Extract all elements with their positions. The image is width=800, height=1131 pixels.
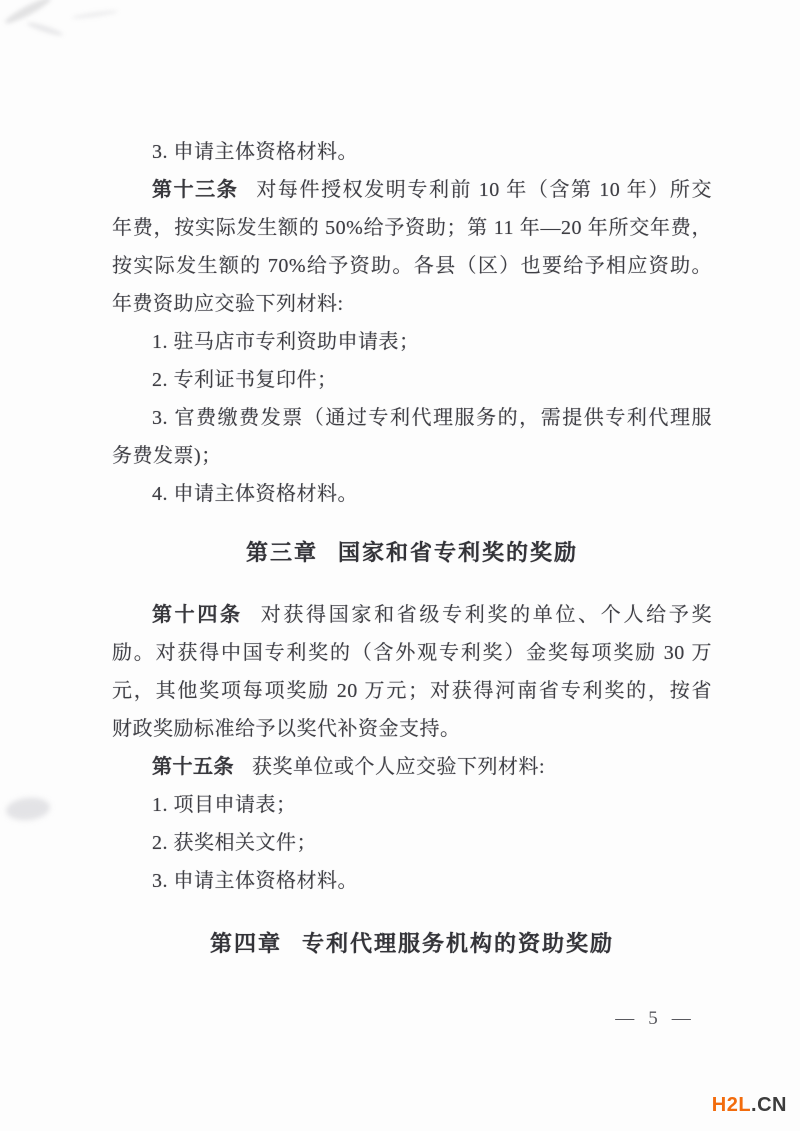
document-page: 3. 申请主体资格材料。 第十三条对每件授权发明专利前 10 年（含第 10 年… [0,0,800,1131]
line-text: 务费发票)； [112,445,222,467]
chapter-title: 专利代理服务机构的资助奖励 [302,931,614,956]
page-number-dash: — [615,1008,634,1030]
paragraph-line: 按实际发生额的 70%给予资助。各县（区）也要给予相应资助。 [112,253,712,279]
list-item: 1. 驻马店市专利资助申请表； [152,329,712,355]
line-text: 2. 专利证书复印件； [152,369,338,391]
chapter-heading: 第三章国家和省专利奖的奖励 [112,536,712,567]
list-item: 2. 专利证书复印件； [152,367,712,393]
watermark-suffix: .CN [751,1094,787,1116]
line-text: 1. 项目申请表； [152,794,297,816]
line-text: 励。对获得中国专利奖的（含外观专利奖）金奖每项奖励 30 万 [112,642,712,664]
line-text: 对每件授权发明专利前 10 年（含第 10 年）所交 [256,179,712,201]
paragraph-line: 励。对获得中国专利奖的（含外观专利奖）金奖每项奖励 30 万 [112,640,712,666]
line-text: 年费，按实际发生额的 50%给予资助；第 11 年—20 年所交年费， [112,217,712,239]
line-text: 对获得国家和省级专利奖的单位、个人给予奖 [261,604,712,626]
paragraph-line: 财政奖励标准给予以奖代补资金支持。 [112,716,712,742]
scan-smudge [3,0,53,27]
paragraph-line: 第十四条对获得国家和省级专利奖的单位、个人给予奖 [152,602,712,628]
chapter-label: 第三章 [246,540,318,565]
scan-smudge [5,796,51,822]
paragraph-line: 第十三条对每件授权发明专利前 10 年（含第 10 年）所交 [152,177,712,203]
line-text: 获奖单位或个人应交验下列材料: [252,756,545,778]
watermark-brand: H2L [712,1094,751,1116]
list-item: 4. 申请主体资格材料。 [152,481,712,507]
page-number: — 5 — [588,1008,718,1030]
list-item: 3. 申请主体资格材料。 [152,139,712,165]
page-number-dash: — [672,1008,691,1030]
list-item-continuation: 务费发票)； [112,443,712,469]
scan-smudge [26,20,64,37]
paragraph-line: 第十五条获奖单位或个人应交验下列材料: [152,754,712,780]
scan-smudge [72,9,118,20]
chapter-label: 第四章 [210,931,282,956]
list-item: 2. 获奖相关文件； [152,830,712,856]
chapter-title: 国家和省专利奖的奖励 [338,540,578,565]
article-number: 第十三条 [152,179,238,201]
line-text: 元，其他奖项每项奖励 20 万元；对获得河南省专利奖的，按省 [112,680,712,702]
line-text: 3. 官费缴费发票（通过专利代理服务的，需提供专利代理服 [152,407,712,429]
list-item: 3. 申请主体资格材料。 [152,868,712,894]
line-text: 4. 申请主体资格材料。 [152,483,358,505]
chapter-heading: 第四章专利代理服务机构的资助奖励 [112,927,712,958]
line-text: 3. 申请主体资格材料。 [152,141,358,163]
watermark: H2L.CN [712,1094,787,1117]
line-text: 1. 驻马店市专利资助申请表； [152,331,420,353]
paragraph-line: 年费资助应交验下列材料: [112,291,712,317]
line-text: 年费资助应交验下列材料: [112,293,344,315]
article-number: 第十四条 [152,604,243,626]
line-text: 2. 获奖相关文件； [152,832,317,854]
line-text: 3. 申请主体资格材料。 [152,870,358,892]
paragraph-line: 年费，按实际发生额的 50%给予资助；第 11 年—20 年所交年费， [112,215,712,241]
page-number-value: 5 [648,1008,658,1030]
list-item: 1. 项目申请表； [152,792,712,818]
list-item: 3. 官费缴费发票（通过专利代理服务的，需提供专利代理服 [152,405,712,431]
paragraph-line: 元，其他奖项每项奖励 20 万元；对获得河南省专利奖的，按省 [112,678,712,704]
article-number: 第十五条 [152,756,234,778]
line-text: 财政奖励标准给予以奖代补资金支持。 [112,718,461,740]
line-text: 按实际发生额的 70%给予资助。各县（区）也要给予相应资助。 [112,255,712,277]
